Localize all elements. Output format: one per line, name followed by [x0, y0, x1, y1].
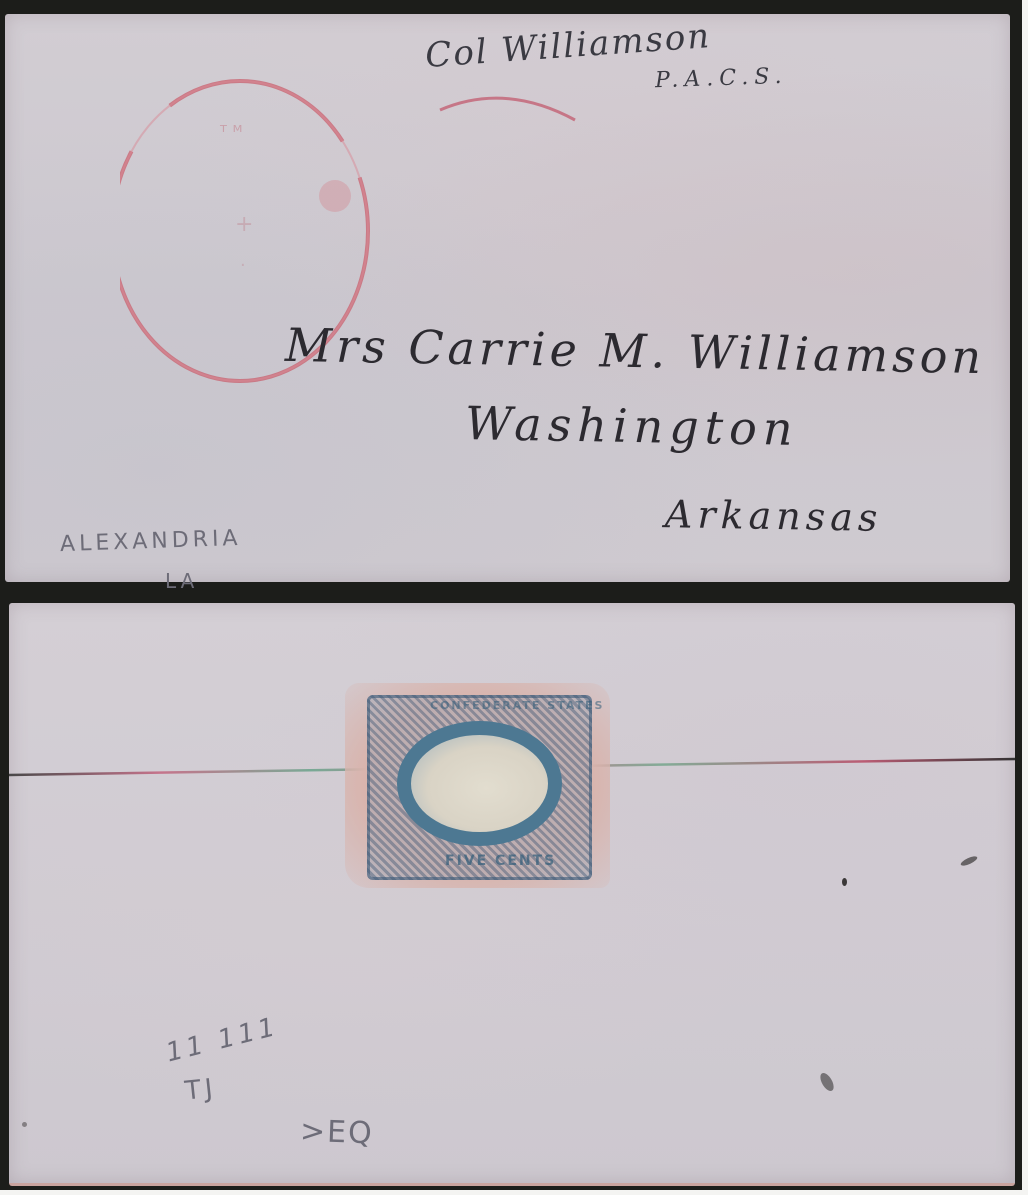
svg-text:ᵀ ᴹ: ᵀ ᴹ — [219, 122, 242, 143]
ink-spot — [22, 1122, 27, 1127]
addressee-city: Washington — [465, 396, 799, 456]
stamp-top-label: CONFEDERATE STATES — [430, 699, 604, 712]
red-arc-mark-icon — [435, 82, 585, 127]
sender-endorsement-rank: P.A.C.S. — [655, 64, 788, 94]
back-pencil-note-2: TJ — [184, 1073, 219, 1106]
origin-pencil-state: LA — [165, 569, 198, 593]
ink-spot — [842, 878, 847, 886]
addressee-state: Arkansas — [665, 492, 883, 540]
envelope-front: ᵀ ᴹ + · Col Williamson P.A.C.S. Mrs Carr… — [5, 14, 1010, 582]
svg-text:·: · — [240, 255, 246, 276]
addressee-name: Mrs Carrie M. Williamson — [285, 318, 986, 384]
back-pencil-note-3: >EQ — [299, 1114, 374, 1152]
stamp-portrait-oval — [397, 721, 562, 846]
postage-stamp: CONFEDERATE STATES FIVE CENTS — [345, 683, 610, 888]
stamp-value-label: FIVE CENTS — [445, 853, 556, 869]
origin-pencil-town: ALEXANDRIA — [60, 526, 242, 557]
svg-text:+: + — [235, 212, 253, 237]
